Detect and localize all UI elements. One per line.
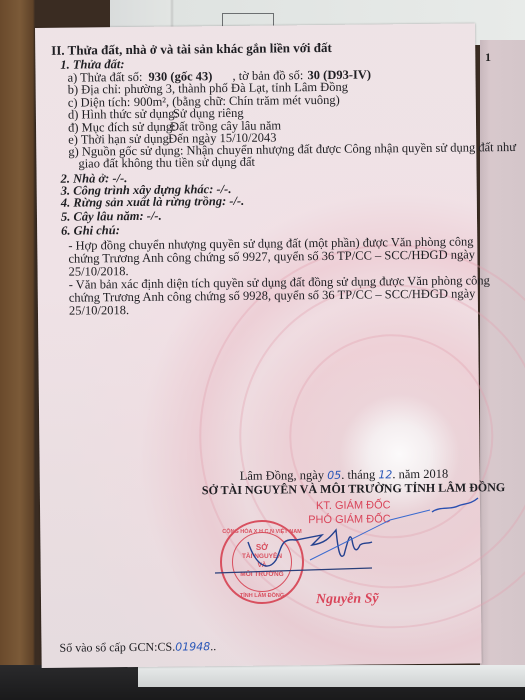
signature-scribble	[0, 0, 525, 700]
